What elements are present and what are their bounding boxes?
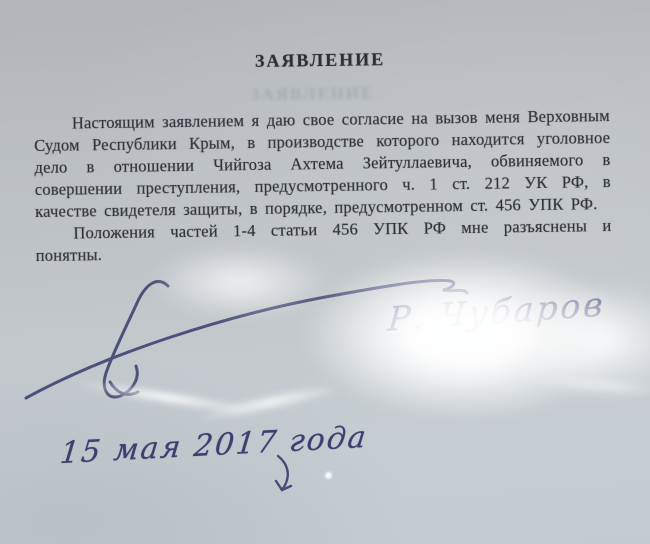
date-flourish [276,456,291,490]
document-photo: ЗАЯВЛЕНИЕ ЗАЯВЛЕНИЕ Настоящим заявлением… [0,0,650,544]
